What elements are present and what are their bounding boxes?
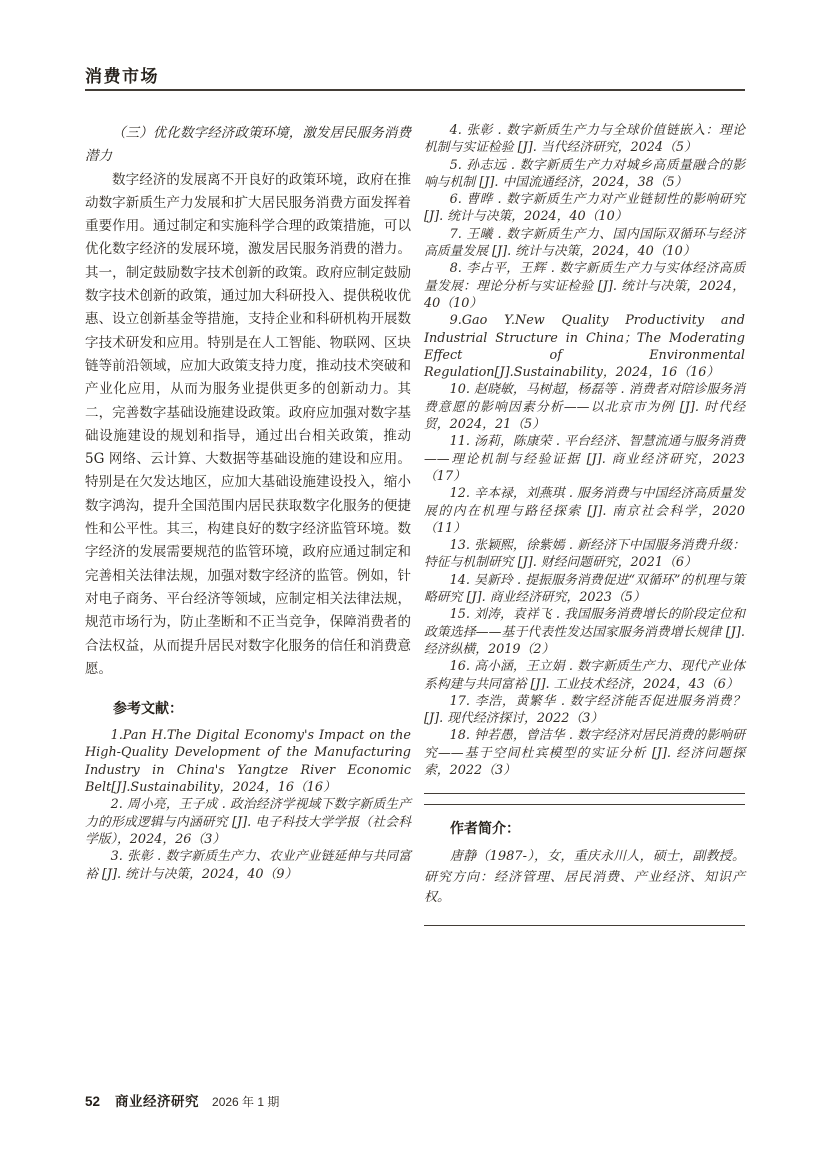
reference-item: 16. 高小涵，王立娟 . 数字新质生产力、现代产业体系构建与共同富裕 [J].… <box>424 658 745 693</box>
references-list-left: 1.Pan H.The Digital Economy's Impact on … <box>85 727 411 883</box>
right-column: 4. 张彰 . 数字新质生产力与全球价值链嵌入：理论机制与实证检验 [J]. 当… <box>424 122 745 926</box>
reference-item: 18. 钟若愚，曾洁华 . 数字经济对居民消费的影响研究——基于空间杜宾模型的实… <box>424 727 745 779</box>
author-bio-box: 作者简介： 唐静（1987-），女，重庆永川人，硕士，副教授。研究方向：经济管理… <box>424 804 745 926</box>
reference-item: 12. 辛本禄，刘燕琪 . 服务消费与中国经济高质量发展的内在机理与路径探索 [… <box>424 485 745 537</box>
reference-item: 2. 周小亮，王子成 . 政治经济学视域下数字新质生产力的形成逻辑与内涵研究 [… <box>85 796 411 848</box>
footer-page-number: 52 <box>85 1094 100 1109</box>
reference-item: 3. 张彰 . 数字新质生产力、农业产业链延伸与共同富裕 [J]. 统计与决策，… <box>85 848 411 883</box>
references-list-right: 4. 张彰 . 数字新质生产力与全球价值链嵌入：理论机制与实证检验 [J]. 当… <box>424 122 745 779</box>
section-heading: （三）优化数字经济政策环境，激发居民服务消费潜力 <box>85 122 411 169</box>
reference-item: 4. 张彰 . 数字新质生产力与全球价值链嵌入：理论机制与实证检验 [J]. 当… <box>424 122 745 157</box>
author-section-separator-rule <box>424 793 745 794</box>
left-column: （三）优化数字经济政策环境，激发居民服务消费潜力 数字经济的发展离不开良好的政策… <box>85 122 411 883</box>
reference-item: 15. 刘涛，袁祥飞 . 我国服务消费增长的阶段定位和政策选择——基于代表性发达… <box>424 606 745 658</box>
reference-item: 17. 李浩，黄繁华 . 数字经济能否促进服务消费？ [J]. 现代经济探讨，2… <box>424 693 745 728</box>
footer-issue-label: 2026 年 1 期 <box>212 1093 279 1110</box>
reference-item: 8. 李占平，王辉 . 数字新质生产力与实体经济高质量发展：理论分析与实证检验 … <box>424 260 745 312</box>
reference-item: 9.Gao Y.New Quality Productivity and Ind… <box>424 312 745 381</box>
reference-item: 1.Pan H.The Digital Economy's Impact on … <box>85 727 411 796</box>
reference-item: 6. 曹晔 . 数字新质生产力对产业链韧性的影响研究 [J]. 统计与决策，20… <box>424 191 745 226</box>
page-footer: 52 商业经济研究 2026 年 1 期 <box>85 1090 279 1110</box>
reference-item: 7. 王曦 . 数字新质生产力、国内国际双循环与经济高质量发展 [J]. 统计与… <box>424 226 745 261</box>
references-heading: 参考文献： <box>85 698 411 718</box>
reference-item: 11. 汤莉，陈康荣 . 平台经济、智慧流通与服务消费——理论机制与经验证据 [… <box>424 433 745 485</box>
masthead-rule <box>85 89 745 91</box>
journal-page: 消费市场 （三）优化数字经济政策环境，激发居民服务消费潜力 数字经济的发展离不开… <box>0 0 827 1160</box>
reference-item: 10. 赵晓敏，马树超，杨磊等 . 消费者对陪诊服务消费意愿的影响因素分析——以… <box>424 381 745 433</box>
author-bio-heading: 作者简介： <box>424 818 745 838</box>
reference-item: 5. 孙志远 . 数字新质生产力对城乡高质量融合的影响与机制 [J]. 中国流通… <box>424 157 745 192</box>
reference-item: 13. 张颖熙，徐紫嫣 . 新经济下中国服务消费升级：特征与机制研究 [J]. … <box>424 537 745 572</box>
masthead-section-label: 消费市场 <box>85 62 159 87</box>
author-bio-text: 唐静（1987-），女，重庆永川人，硕士，副教授。研究方向：经济管理、居民消费、… <box>424 847 745 909</box>
footer-journal-name: 商业经济研究 <box>115 1090 199 1110</box>
article-body-paragraph: 数字经济的发展离不开良好的政策环境，政府在推动数字新质生产力发展和扩大居民服务消… <box>85 169 411 682</box>
reference-item: 14. 吴新玲 . 提振服务消费促进“双循环”的机理与策略研究 [J]. 商业经… <box>424 572 745 607</box>
